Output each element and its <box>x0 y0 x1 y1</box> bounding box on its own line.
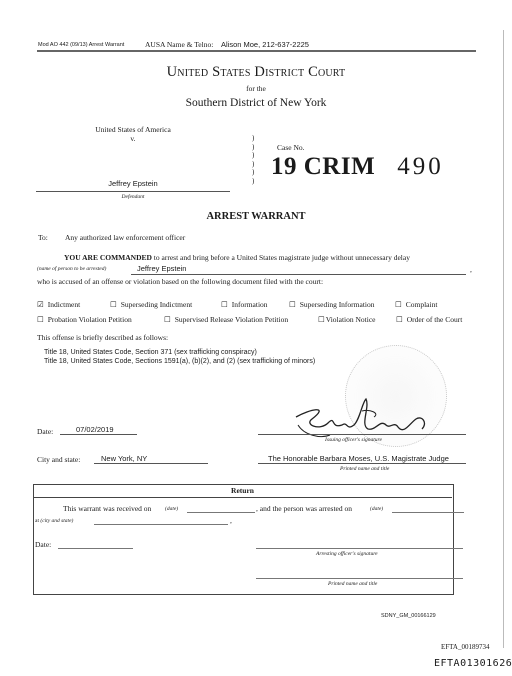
checkbox-empty-icon: ☐ <box>396 315 403 324</box>
checkbox-empty-icon: ☐ <box>110 300 117 309</box>
page-edge <box>503 30 504 648</box>
defendant-name: Jeffrey Epstein <box>36 179 230 188</box>
arrested-date-hint: (date) <box>370 506 383 512</box>
officer-signature-field[interactable] <box>256 548 463 549</box>
date-value: 07/02/2019 <box>76 425 114 434</box>
officer-signature-label: Arresting officer's signature <box>316 551 378 557</box>
checkbox-empty-icon: ☐ <box>395 300 402 309</box>
checkbox-label: Order of the Court <box>407 315 463 324</box>
comma: , <box>470 265 472 274</box>
arrested-text: , and the person was arrested on <box>256 504 352 513</box>
to-value: Any authorized law enforcement officer <box>65 233 185 242</box>
defendant-label: Defendant <box>36 194 230 200</box>
signature-rule <box>258 434 466 435</box>
checkbox-label: Superseding Indictment <box>121 300 192 309</box>
person-value: Jeffrey Epstein <box>137 264 186 273</box>
checkbox-label: Violation Notice <box>326 315 376 324</box>
city-value: New York, NY <box>101 454 147 463</box>
checkbox-superseding-indictment[interactable]: ☐Superseding Indictment <box>110 300 192 309</box>
ausa-value: Alison Moe, 212-637-2225 <box>221 40 309 49</box>
checkbox-label: Probation Violation Petition <box>48 315 132 324</box>
checkbox-label: Information <box>232 300 268 309</box>
received-date-hint: (date) <box>165 506 178 512</box>
checkbox-label: Superseding Information <box>300 300 375 309</box>
checkbox-information[interactable]: ☐Information <box>221 300 268 309</box>
court-title: United States District Court <box>0 64 512 81</box>
checkbox-empty-icon: ☐ <box>221 300 228 309</box>
city-label: City and state: <box>37 455 80 464</box>
at-label: at (city and state) <box>35 518 73 524</box>
return-date-field[interactable] <box>58 548 133 549</box>
officer-printed-name-label: Printed name and title <box>328 581 377 587</box>
commanded-rest: to arrest and bring before a United Stat… <box>154 253 410 262</box>
offense-intro: This offense is briefly described as fol… <box>37 333 168 342</box>
judge-name: The Honorable Barbara Moses, U.S. Magist… <box>268 454 449 463</box>
date-rule <box>60 434 137 435</box>
commanded-bold: YOU ARE COMMANDED <box>64 253 152 262</box>
case-no-prefix: 19 CRIM <box>271 153 375 180</box>
person-label: (name of person to be arrested) <box>37 266 106 272</box>
accused-text: who is accused of an offense or violatio… <box>37 277 323 286</box>
checkbox-superseding-information[interactable]: ☐Superseding Information <box>289 300 375 309</box>
arrest-city-field[interactable] <box>94 524 228 525</box>
paren-column: ) ) ) ) ) ) <box>252 134 254 185</box>
checkbox-label: Supervised Release Violation Petition <box>175 315 288 324</box>
printed-name-label: Printed name and title <box>340 466 389 472</box>
defendant-rule <box>36 191 230 192</box>
checkbox-violation-notice[interactable]: ☐Violation Notice <box>318 315 375 324</box>
checkbox-indictment[interactable]: ☑Indictment <box>37 300 80 309</box>
checkbox-supervised-release[interactable]: ☐Supervised Release Violation Petition <box>164 315 288 324</box>
date-label: Date: <box>37 427 53 436</box>
to-label: To: <box>38 233 48 242</box>
judge-signature <box>290 395 440 443</box>
versus: v. <box>36 134 230 143</box>
paren: ) <box>252 134 254 143</box>
paren: ) <box>252 143 254 152</box>
city-rule <box>94 463 208 464</box>
bates-efta-mono: EFTA01301626 <box>434 658 512 669</box>
checkbox-empty-icon: ☐ <box>318 315 325 324</box>
plaintiff: United States of America <box>36 125 230 134</box>
paren: ) <box>252 151 254 160</box>
checkbox-empty-icon: ☐ <box>37 315 44 324</box>
commanded-line: YOU ARE COMMANDED to arrest and bring be… <box>64 253 410 262</box>
return-date-label: Date: <box>35 540 51 549</box>
offense-line: Title 18, United States Code, Section 37… <box>44 349 257 356</box>
district-name: Southern District of New York <box>0 97 512 109</box>
header-rule <box>37 50 476 52</box>
for-the: for the <box>0 84 512 93</box>
city-hint: (city and state) <box>40 518 73 524</box>
paren: ) <box>252 160 254 169</box>
form-id: Mod AO 442 (09/13) Arrest Warrant <box>38 42 124 48</box>
checkbox-label: Complaint <box>406 300 438 309</box>
officer-name-field[interactable] <box>256 578 463 579</box>
at-text: at <box>35 518 39 524</box>
ausa-label: AUSA Name & Telno: <box>145 40 213 49</box>
arrested-date-field[interactable] <box>392 512 464 513</box>
checkbox-order-of-court[interactable]: ☐Order of the Court <box>396 315 462 324</box>
received-text: This warrant was received on <box>63 504 151 513</box>
paren: ) <box>252 168 254 177</box>
checkbox-checked-icon: ☑ <box>37 300 44 309</box>
received-date-field[interactable] <box>187 512 255 513</box>
checkbox-empty-icon: ☐ <box>289 300 296 309</box>
case-no-number: 490 <box>397 153 444 180</box>
comma: , <box>230 516 232 525</box>
case-number: 19 CRIM490 <box>271 153 444 181</box>
case-no-label: Case No. <box>277 143 305 152</box>
return-title: Return <box>33 486 452 495</box>
checkbox-probation-violation[interactable]: ☐Probation Violation Petition <box>37 315 132 324</box>
offense-line: Title 18, United States Code, Sections 1… <box>44 358 315 365</box>
person-rule <box>131 274 466 275</box>
checkbox-empty-icon: ☐ <box>164 315 171 324</box>
bates-sdny: SDNY_GM_00166129 <box>381 613 436 619</box>
paren: ) <box>252 177 254 186</box>
judge-rule <box>258 463 466 464</box>
warrant-title: ARREST WARRANT <box>0 211 512 222</box>
checkbox-label: Indictment <box>48 300 81 309</box>
checkbox-complaint[interactable]: ☐Complaint <box>395 300 437 309</box>
bates-efta-serif: EFTA_00189734 <box>441 643 489 651</box>
signature-label: Issuing officer's signature <box>325 437 382 443</box>
